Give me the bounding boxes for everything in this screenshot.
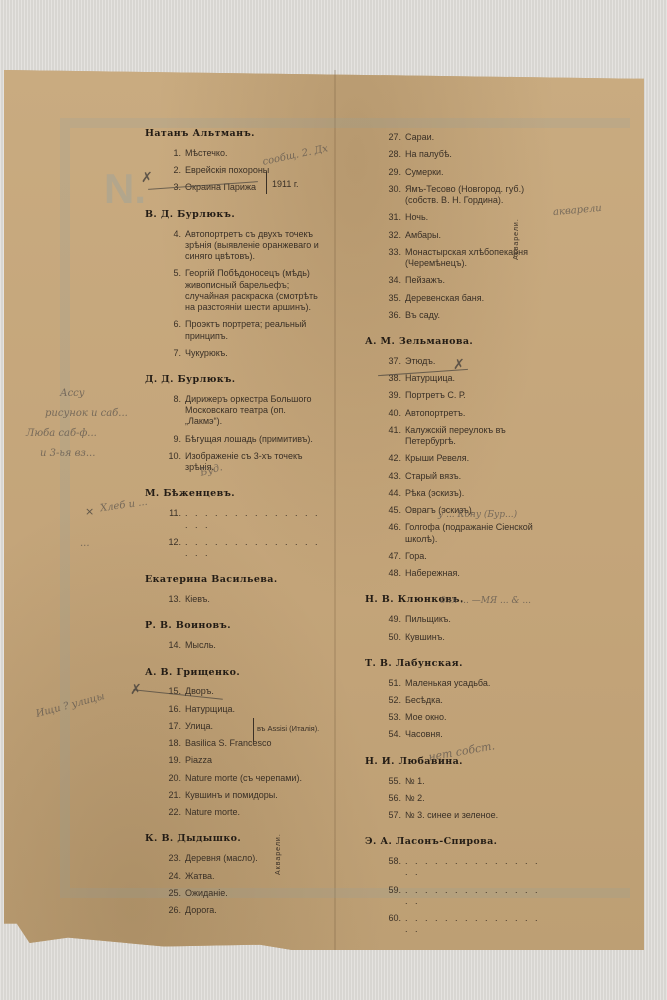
work-item: 19.Piazza <box>145 755 325 766</box>
work-item: 41.Калужскій переулокъ въ Петербургѣ. <box>365 425 540 448</box>
work-number: 47. <box>385 551 401 562</box>
artist-name: М. Бѣженцевъ. <box>145 488 325 500</box>
work-number: 12. <box>165 537 181 560</box>
work-item: 11.. . . . . . . . . . . . . . . . . <box>145 508 325 531</box>
work-title-blank: . . . . . . . . . . . . . . . . <box>405 885 540 908</box>
work-number: 11. <box>165 508 181 531</box>
work-number: 54. <box>385 729 401 740</box>
work-item: 39.Портретъ С. Р. <box>365 390 540 401</box>
work-number: 19. <box>165 755 181 766</box>
work-item: 8.Дирижеръ оркестра Большого Московскаго… <box>145 394 325 428</box>
work-title: Кувшинъ и помидоры. <box>185 790 325 801</box>
work-number: 1. <box>165 148 181 159</box>
work-item: 7.Чукурюкъ. <box>145 348 325 359</box>
work-item: 27.Сараи. <box>365 132 540 143</box>
work-title: Дирижеръ оркестра Большого Московскаго т… <box>185 394 325 428</box>
work-item: 18.Basilica S. Francesco <box>145 738 325 749</box>
work-title: № 1. <box>405 776 540 787</box>
work-title-blank: . . . . . . . . . . . . . . . . <box>405 856 540 879</box>
work-item: 56.№ 2. <box>365 793 540 804</box>
work-item: 29.Сумерки. <box>365 167 540 178</box>
work-item: 57.№ 3. синее и зеленое. <box>365 810 540 821</box>
work-item: 35.Деревенская баня. <box>365 293 540 304</box>
work-item: 23.Деревня (масло). <box>145 853 325 864</box>
work-number: 46. <box>385 522 401 545</box>
work-title: Piazza <box>185 755 325 766</box>
artist-section: Т. В. Лабунская. 51.Маленькая усадьба. 5… <box>365 658 540 741</box>
work-number: 13. <box>165 594 181 605</box>
work-item: 55.№ 1. <box>365 776 540 787</box>
work-title: Жатва. <box>185 871 325 882</box>
work-title: Дворъ. <box>185 686 325 697</box>
work-item: 24.Жатва. <box>145 871 325 882</box>
work-number: 6. <box>165 319 181 342</box>
work-title: Пильщикъ. <box>405 614 540 625</box>
work-number: 32. <box>385 230 401 241</box>
work-title: № 3. синее и зеленое. <box>405 810 540 821</box>
work-number: 7. <box>165 348 181 359</box>
work-title: Кувшинъ. <box>405 632 540 643</box>
work-number: 22. <box>165 807 181 818</box>
work-item: 44.Рѣка (эскизъ). <box>365 488 540 499</box>
pencil-note-burliuk-1: Ассу <box>60 388 85 399</box>
work-number: 39. <box>385 390 401 401</box>
work-item: 15.Дворъ. <box>145 686 325 697</box>
work-number: 17. <box>165 721 181 732</box>
work-title: Nature morte (съ черепами). <box>185 773 325 784</box>
work-title: Чукурюкъ. <box>185 348 325 359</box>
artist-section: А. В. Грищенко. 15.Дворъ. 16.Натурщица. … <box>145 667 325 819</box>
artist-section: М. Бѣженцевъ. 11.. . . . . . . . . . . .… <box>145 488 325 559</box>
work-item: 58.. . . . . . . . . . . . . . . . <box>365 856 540 879</box>
work-title: Пейзажъ. <box>405 275 540 286</box>
artist-section: Н. И. Любавина. 55.№ 1. 56.№ 2. 57.№ 3. … <box>365 756 540 822</box>
altman-year: 1911 г. <box>272 179 299 189</box>
artist-name: Натанъ Альтманъ. <box>145 128 325 140</box>
work-number: 55. <box>385 776 401 787</box>
work-number: 48. <box>385 568 401 579</box>
work-item: 59.. . . . . . . . . . . . . . . . <box>365 885 540 908</box>
artist-name: Р. В. Воиновъ. <box>145 620 325 632</box>
work-number: 31. <box>385 212 401 223</box>
artist-name: А. М. Зельманова. <box>365 336 540 348</box>
work-title: На палубѣ. <box>405 149 540 160</box>
work-title: Крыши Ревеля. <box>405 453 540 464</box>
artist-section: Екатерина Васильева. 13.Кіевъ. <box>145 574 325 605</box>
vertical-label-right: Акварели. <box>513 180 520 260</box>
work-number: 29. <box>385 167 401 178</box>
work-item: 21.Кувшинъ и помидоры. <box>145 790 325 801</box>
work-item: 13.Кіевъ. <box>145 594 325 605</box>
work-title: Деревенская баня. <box>405 293 540 304</box>
work-item: 28.На палубѣ. <box>365 149 540 160</box>
work-number: 10. <box>165 451 181 474</box>
work-number: 30. <box>385 184 401 207</box>
work-title: Старый вязъ. <box>405 471 540 482</box>
pencil-note-klyunkov: для ... —МЯ ... & ... <box>440 596 531 606</box>
work-item: 48.Набережная. <box>365 568 540 579</box>
work-item: 20.Nature morte (съ черепами). <box>145 773 325 784</box>
vertical-label-left: Акварели. <box>275 830 282 875</box>
work-title: Ожиданіе. <box>185 888 325 899</box>
work-number: 49. <box>385 614 401 625</box>
work-number: 43. <box>385 471 401 482</box>
pencil-note-bezhentsev-2: ... <box>80 538 90 549</box>
work-number: 9. <box>165 434 181 445</box>
work-item: 51.Маленькая усадьба. <box>365 678 540 689</box>
work-item: 26.Дорога. <box>145 905 325 916</box>
work-title: Натурщица. <box>185 704 325 715</box>
work-title: Дорога. <box>185 905 325 916</box>
work-item: 34.Пейзажъ. <box>365 275 540 286</box>
cross-mark-icon: × <box>85 505 94 518</box>
work-number: 2. <box>165 165 181 176</box>
left-column: Натанъ Альтманъ. 1.Мѣстечко. 2.Еврейскія… <box>145 128 325 931</box>
work-number: 52. <box>385 695 401 706</box>
work-number: 8. <box>165 394 181 428</box>
work-number: 57. <box>385 810 401 821</box>
pencil-note-zelmanova-46: у ... Кону (Бур...) <box>438 510 517 520</box>
work-item: 5.Георгій Побѣдоносецъ (мѣдь) живописный… <box>145 268 325 313</box>
work-number: 58. <box>385 856 401 879</box>
work-item: 25.Ожиданіе. <box>145 888 325 899</box>
pencil-note-burliuk-4: и 3-ья вз... <box>40 448 95 459</box>
pencil-note-burliuk-2: рисунок и саб... <box>45 408 128 419</box>
work-title: Кіевъ. <box>185 594 325 605</box>
artist-name: А. В. Грищенко. <box>145 667 325 679</box>
work-item: 54.Часовня. <box>365 729 540 740</box>
work-number: 4. <box>165 229 181 263</box>
work-item: 50.Кувшинъ. <box>365 632 540 643</box>
work-item: 42.Крыши Ревеля. <box>365 453 540 464</box>
work-title: Автопортретъ съ двухъ точекъ зрѣнія (выя… <box>185 229 325 263</box>
work-number: 16. <box>165 704 181 715</box>
grishchenko-location: въ Assisi (Италія). <box>257 724 319 733</box>
artist-section: Р. В. Воиновъ. 14.Мысль. <box>145 620 325 651</box>
work-number: 36. <box>385 310 401 321</box>
work-title: Сараи. <box>405 132 540 143</box>
altman-bracket <box>266 172 267 194</box>
work-title: Калужскій переулокъ въ Петербургѣ. <box>405 425 540 448</box>
work-title: Гора. <box>405 551 540 562</box>
work-number: 18. <box>165 738 181 749</box>
bleed-through-text: N. <box>104 165 146 213</box>
work-item: 16.Натурщица. <box>145 704 325 715</box>
work-title: Мысль. <box>185 640 325 651</box>
work-title: Часовня. <box>405 729 540 740</box>
work-number: 26. <box>165 905 181 916</box>
work-title: Nature morte. <box>185 807 325 818</box>
work-number: 35. <box>385 293 401 304</box>
work-item: 53.Мое окно. <box>365 712 540 723</box>
work-title-blank: . . . . . . . . . . . . . . . . . <box>185 508 325 531</box>
work-number: 45. <box>385 505 401 516</box>
work-title: Деревня (масло). <box>185 853 325 864</box>
work-title: Еврейскія похороны <box>185 165 325 176</box>
work-title-blank: . . . . . . . . . . . . . . . . <box>405 913 540 936</box>
work-title: Маленькая усадьба. <box>405 678 540 689</box>
work-title: Набережная. <box>405 568 540 579</box>
work-item: 12.. . . . . . . . . . . . . . . . . <box>145 537 325 560</box>
work-number: 41. <box>385 425 401 448</box>
work-item: 36.Въ саду. <box>365 310 540 321</box>
work-number: 53. <box>385 712 401 723</box>
work-item: 52.Бесѣдка. <box>365 695 540 706</box>
work-number: 14. <box>165 640 181 651</box>
work-number: 56. <box>385 793 401 804</box>
grishchenko-bracket <box>253 718 254 742</box>
work-number: 5. <box>165 268 181 313</box>
work-title: Бѣгущая лошадь (примитивъ). <box>185 434 325 445</box>
work-item: 40.Автопортретъ. <box>365 408 540 419</box>
work-number: 44. <box>385 488 401 499</box>
work-number: 42. <box>385 453 401 464</box>
work-title: Автопортретъ. <box>405 408 540 419</box>
work-title: Сумерки. <box>405 167 540 178</box>
work-item: 14.Мысль. <box>145 640 325 651</box>
artist-section: Э. А. Ласонъ-Спирова. 58.. . . . . . . .… <box>365 836 540 935</box>
artist-name: Э. А. Ласонъ-Спирова. <box>365 836 540 848</box>
work-title: Рѣка (эскизъ). <box>405 488 540 499</box>
cross-mark-icon: ✗ <box>141 170 153 186</box>
work-title: Этюдъ. <box>405 356 540 367</box>
work-title: Мое окно. <box>405 712 540 723</box>
work-title: Въ саду. <box>405 310 540 321</box>
work-title: Basilica S. Francesco <box>185 738 325 749</box>
work-title-blank: . . . . . . . . . . . . . . . . . <box>185 537 325 560</box>
artist-name: Д. Д. Бурлюкъ. <box>145 374 325 386</box>
work-number: 37. <box>385 356 401 367</box>
artist-name: К. В. Дыдышко. <box>145 833 325 845</box>
work-number: 59. <box>385 885 401 908</box>
work-number: 33. <box>385 247 401 270</box>
work-number: 51. <box>385 678 401 689</box>
work-title: № 2. <box>405 793 540 804</box>
work-item: 49.Пильщикъ. <box>365 614 540 625</box>
work-item: 60.. . . . . . . . . . . . . . . . <box>365 913 540 936</box>
work-title: Проэктъ портрета; реальный принципъ. <box>185 319 325 342</box>
work-number: 40. <box>385 408 401 419</box>
work-number: 28. <box>385 149 401 160</box>
work-number: 25. <box>165 888 181 899</box>
artist-name: В. Д. Бурлюкъ. <box>145 209 325 221</box>
work-title: Портретъ С. Р. <box>405 390 540 401</box>
work-title: Бесѣдка. <box>405 695 540 706</box>
artist-section: В. Д. Бурлюкъ. 4.Автопортретъ съ двухъ т… <box>145 209 325 359</box>
work-item: 46.Голгофа (подражаніе Сіенской школѣ). <box>365 522 540 545</box>
artist-name: Т. В. Лабунская. <box>365 658 540 670</box>
work-item: 10.Изображеніе съ 3-хъ точекъ зрѣнія. <box>145 451 325 474</box>
work-item: 9.Бѣгущая лошадь (примитивъ). <box>145 434 325 445</box>
work-number: 27. <box>385 132 401 143</box>
artist-section: Д. Д. Бурлюкъ. 8.Дирижеръ оркестра Больш… <box>145 374 325 473</box>
work-item: 43.Старый вязъ. <box>365 471 540 482</box>
work-item: 6.Проэктъ портрета; реальный принципъ. <box>145 319 325 342</box>
work-number: 50. <box>385 632 401 643</box>
work-title: Голгофа (подражаніе Сіенской школѣ). <box>405 522 540 545</box>
pencil-note-burliuk-3: Люба саб-ф... <box>26 428 97 439</box>
artist-section: К. В. Дыдышко. 23.Деревня (масло). 24.Жа… <box>145 833 325 916</box>
work-number: 24. <box>165 871 181 882</box>
work-number: 23. <box>165 853 181 864</box>
work-title: Натурщица. <box>405 373 540 384</box>
work-item: 22.Nature morte. <box>145 807 325 818</box>
work-number: 60. <box>385 913 401 936</box>
work-number: 34. <box>385 275 401 286</box>
work-number: 21. <box>165 790 181 801</box>
work-item: 47.Гора. <box>365 551 540 562</box>
work-item: 4.Автопортретъ съ двухъ точекъ зрѣнія (в… <box>145 229 325 263</box>
work-item: 2.Еврейскія похороны <box>145 165 325 176</box>
work-number: 20. <box>165 773 181 784</box>
work-title: Георгій Побѣдоносецъ (мѣдь) живописный б… <box>185 268 325 313</box>
artist-name: Екатерина Васильева. <box>145 574 325 586</box>
